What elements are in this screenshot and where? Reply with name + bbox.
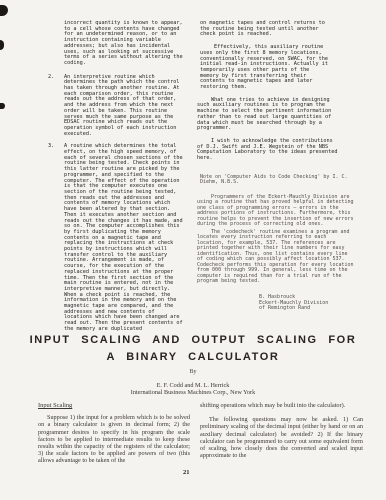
continued-paragraph: on magnetic tapes and control returns to…	[200, 21, 330, 38]
affiliation: International Business Machines Corp., N…	[0, 389, 386, 396]
top-right-column: on magnetic tapes and control returns to…	[197, 21, 365, 312]
page-number: 21	[183, 469, 190, 476]
top-left-column: incorrect quantity is known to appear, t…	[48, 21, 190, 340]
byline: By	[0, 369, 386, 375]
note-section: Note on 'Computer Aids to Code Checking'…	[197, 175, 365, 312]
acknowledgment-paragraph: I wish to acknowledge the contributions …	[197, 139, 339, 162]
note-paragraph: The 'codecheck' routine examines a progr…	[197, 230, 354, 285]
note-paragraph: Programmers of the Eckert-Mauchly Divisi…	[197, 195, 354, 228]
scanned-proceedings-page: incorrect quantity is known to appear, t…	[0, 0, 386, 500]
scan-artifact	[0, 5, 8, 16]
continued-paragraph: incorrect quantity is known to appear, t…	[64, 21, 183, 67]
article-title-line-1: INPUT SCALING AND OUTPUT SCALING FOR	[0, 332, 386, 349]
item-text: An interpretive routine which determines…	[64, 75, 185, 138]
item-number: 2.	[48, 75, 64, 138]
item-number: 3.	[48, 144, 64, 332]
item-text: A routine which determines the total eff…	[64, 144, 185, 332]
scan-artifact	[0, 40, 4, 50]
note-heading: Note on 'Computer Aids to Code Checking'…	[200, 175, 348, 186]
numbered-item-3: 3. A routine which determines the total …	[48, 144, 190, 332]
paragraph: What one tries to achieve in designing s…	[197, 98, 339, 132]
authors: E. F. Codd and M. L. Herrick	[0, 382, 386, 389]
paragraph: Effectively, this auxiliary routine uses…	[200, 45, 330, 91]
body-paragraph: shifting operations which may be built i…	[200, 402, 363, 409]
section-heading: Input Scaling	[38, 402, 190, 409]
body-paragraph: The following questions may now be asked…	[200, 416, 363, 459]
scan-artifact	[0, 103, 5, 109]
bottom-left-column: Input Scaling Suppose 1) the input for a…	[38, 402, 190, 469]
numbered-item-2: 2. An interpretive routine which determi…	[48, 75, 190, 138]
signature-org-line: of Remington Rand	[259, 306, 365, 312]
article-header: INPUT SCALING AND OUTPUT SCALING FOR A B…	[0, 332, 386, 396]
bottom-right-column: shifting operations which may be built i…	[200, 402, 363, 463]
signature-block: B. Hasbrouck Eckert-Mauchly Division of …	[259, 295, 365, 312]
article-title-line-2: A BINARY CALCULATOR	[0, 349, 386, 366]
body-paragraph: Suppose 1) the input for a problem which…	[38, 414, 190, 464]
